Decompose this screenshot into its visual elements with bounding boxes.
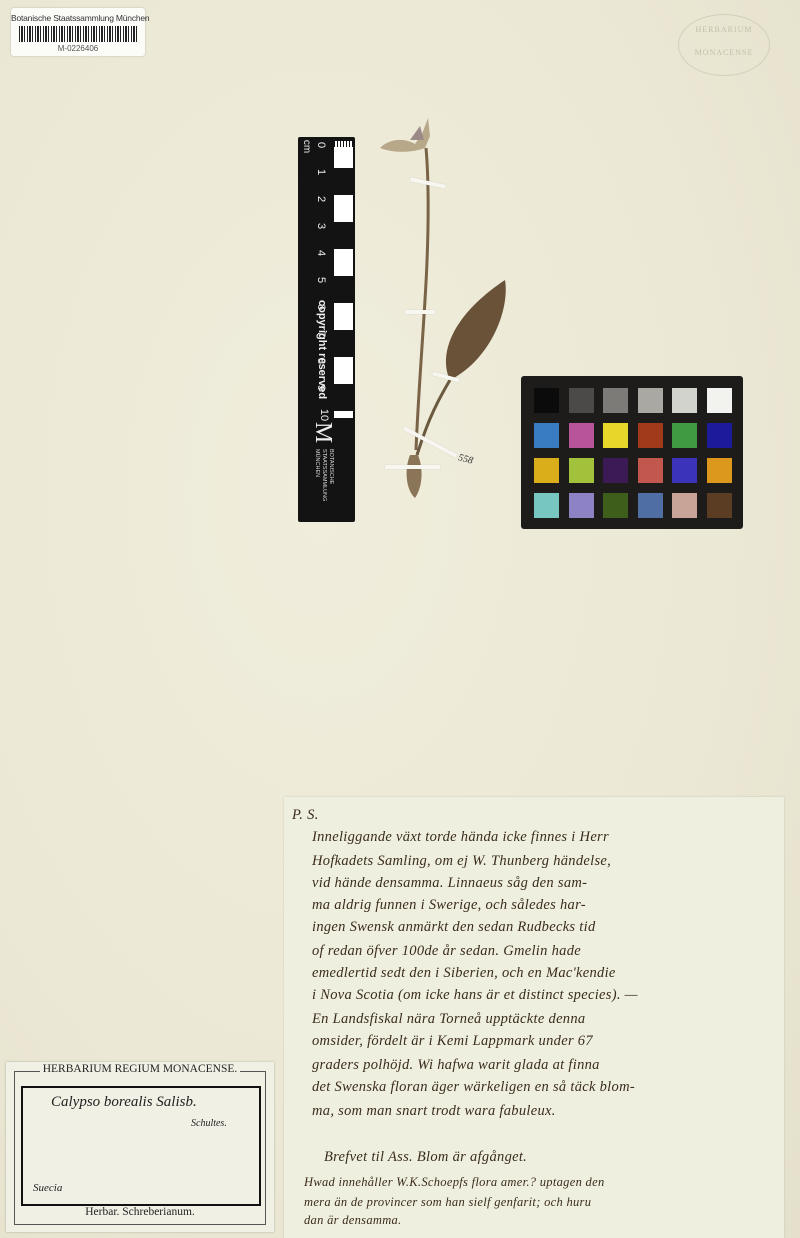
letter-line: dan är densamma.: [304, 1213, 402, 1228]
bsm-logo-icon: M: [309, 422, 336, 443]
embossed-stamp: HERBARIUM MONACENSE: [678, 14, 770, 76]
color-swatch: [672, 493, 697, 518]
ruler-tick-label: 3: [315, 223, 327, 229]
color-swatch: [534, 388, 559, 413]
color-swatch: [603, 493, 628, 518]
label-header-text: HERBARIUM REGIUM MONACENSE.: [40, 1063, 241, 1075]
label-inner-border: Calypso borealis Salisb. Schultes. Sueci…: [21, 1086, 261, 1206]
ruler-scale-bar: [334, 141, 353, 418]
cm-scale-ruler: cm 012345678910 copyright reserved M BOT…: [298, 137, 355, 522]
color-swatch: [569, 458, 594, 483]
letter-line: det Swenska floran äger wärkeligen en så…: [312, 1079, 635, 1096]
color-calibration-chart: [521, 376, 743, 529]
letter-line: graders polhöjd. Wi hafwa warit glada at…: [312, 1057, 600, 1074]
locality: Suecia: [33, 1182, 62, 1194]
barcode-icon: [19, 26, 137, 42]
ruler-tick-label: 5: [315, 277, 327, 283]
color-swatch: [638, 388, 663, 413]
herbarium-label: HERBARIUM REGIUM MONACENSE. Calypso bore…: [6, 1062, 274, 1232]
barcode-institution: Botanische Staatssammlung München: [11, 13, 145, 23]
ruler-logo-caption: BOTANISCHE STAATSSAMMLUNG MÜNCHEN: [313, 449, 334, 501]
stamp-text-top: HERBARIUM: [679, 25, 769, 34]
ruler-unit: cm: [301, 140, 312, 153]
ruler-tick-label: 1: [315, 169, 327, 175]
color-swatch: [534, 458, 559, 483]
letter-line: Hofkadets Samling, om ej W. Thunberg hän…: [312, 853, 611, 870]
label-header: HERBARIUM REGIUM MONACENSE.: [6, 1063, 274, 1075]
letter-line: Inneliggande växt torde hända icke finne…: [312, 829, 609, 846]
handwritten-letter: P. S.Inneliggande växt torde hända icke …: [284, 797, 784, 1238]
leaf-icon: [446, 280, 506, 380]
taxon-name: Calypso borealis Salisb.: [51, 1094, 197, 1111]
color-swatch: [603, 388, 628, 413]
color-swatch: [603, 458, 628, 483]
letter-line: ma aldrig funnen i Swerige, och således …: [312, 897, 586, 914]
barcode-label: Botanische Staatssammlung München M-0226…: [11, 8, 145, 56]
color-swatch: [603, 423, 628, 448]
specimen-id: M-0226406: [11, 44, 145, 53]
color-swatch: [569, 423, 594, 448]
color-swatch: [569, 388, 594, 413]
ruler-tick-label: 4: [315, 250, 327, 256]
color-swatch: [707, 493, 732, 518]
color-swatch: [707, 388, 732, 413]
letter-line: P. S.: [292, 807, 319, 824]
letter-line: i Nova Scotia (om icke hans är et distin…: [312, 987, 638, 1004]
letter-line: vid hände densamma. Linnaeus såg den sam…: [312, 875, 587, 892]
ruler-tick-label: 2: [315, 196, 327, 202]
color-swatch: [672, 423, 697, 448]
color-swatch: [707, 423, 732, 448]
mounting-strap: [385, 465, 440, 469]
ruler-tick-label: 0: [315, 142, 327, 148]
color-swatch: [672, 458, 697, 483]
color-swatch: [569, 493, 594, 518]
letter-line: ma, som man snart trodt wara fabuleux.: [312, 1103, 556, 1120]
ruler-copyright: copyright reserved: [316, 300, 328, 399]
herbarium-sheet: Botanische Staatssammlung München M-0226…: [0, 0, 800, 1238]
letter-line: ingen Swensk anmärkt den sedan Rudbecks …: [312, 919, 596, 936]
letter-line: emedlertid sedt den i Siberien, och en M…: [312, 965, 616, 982]
color-swatch: [534, 423, 559, 448]
color-swatch: [707, 458, 732, 483]
stamp-text-bottom: MONACENSE: [679, 48, 769, 57]
ruler-tick-label: 10: [318, 409, 330, 421]
letter-line: Hwad innehåller W.K.Schoepfs flora amer.…: [304, 1175, 605, 1190]
letter-line: En Landsfiskal nära Torneå upptäckte den…: [312, 1011, 585, 1028]
label-footer: Herbar. Schreberianum.: [6, 1206, 274, 1218]
color-swatch: [638, 493, 663, 518]
color-swatch: [638, 423, 663, 448]
letter-line: Brefvet til Ass. Blom är afgånget.: [324, 1149, 527, 1166]
color-swatch: [672, 388, 697, 413]
mounting-strap: [405, 310, 435, 314]
letter-line: mera än de provincer som han sielf genfa…: [304, 1195, 591, 1210]
label-footer-text: Herbar. Schreberianum.: [82, 1206, 198, 1218]
color-swatch: [534, 493, 559, 518]
color-swatch: [638, 458, 663, 483]
letter-line: omsider, fördelt är i Kemi Lappmark unde…: [312, 1033, 593, 1050]
letter-line: of redan öfver 100de år sedan. Gmelin ha…: [312, 943, 581, 960]
determiner: Schultes.: [191, 1118, 227, 1129]
